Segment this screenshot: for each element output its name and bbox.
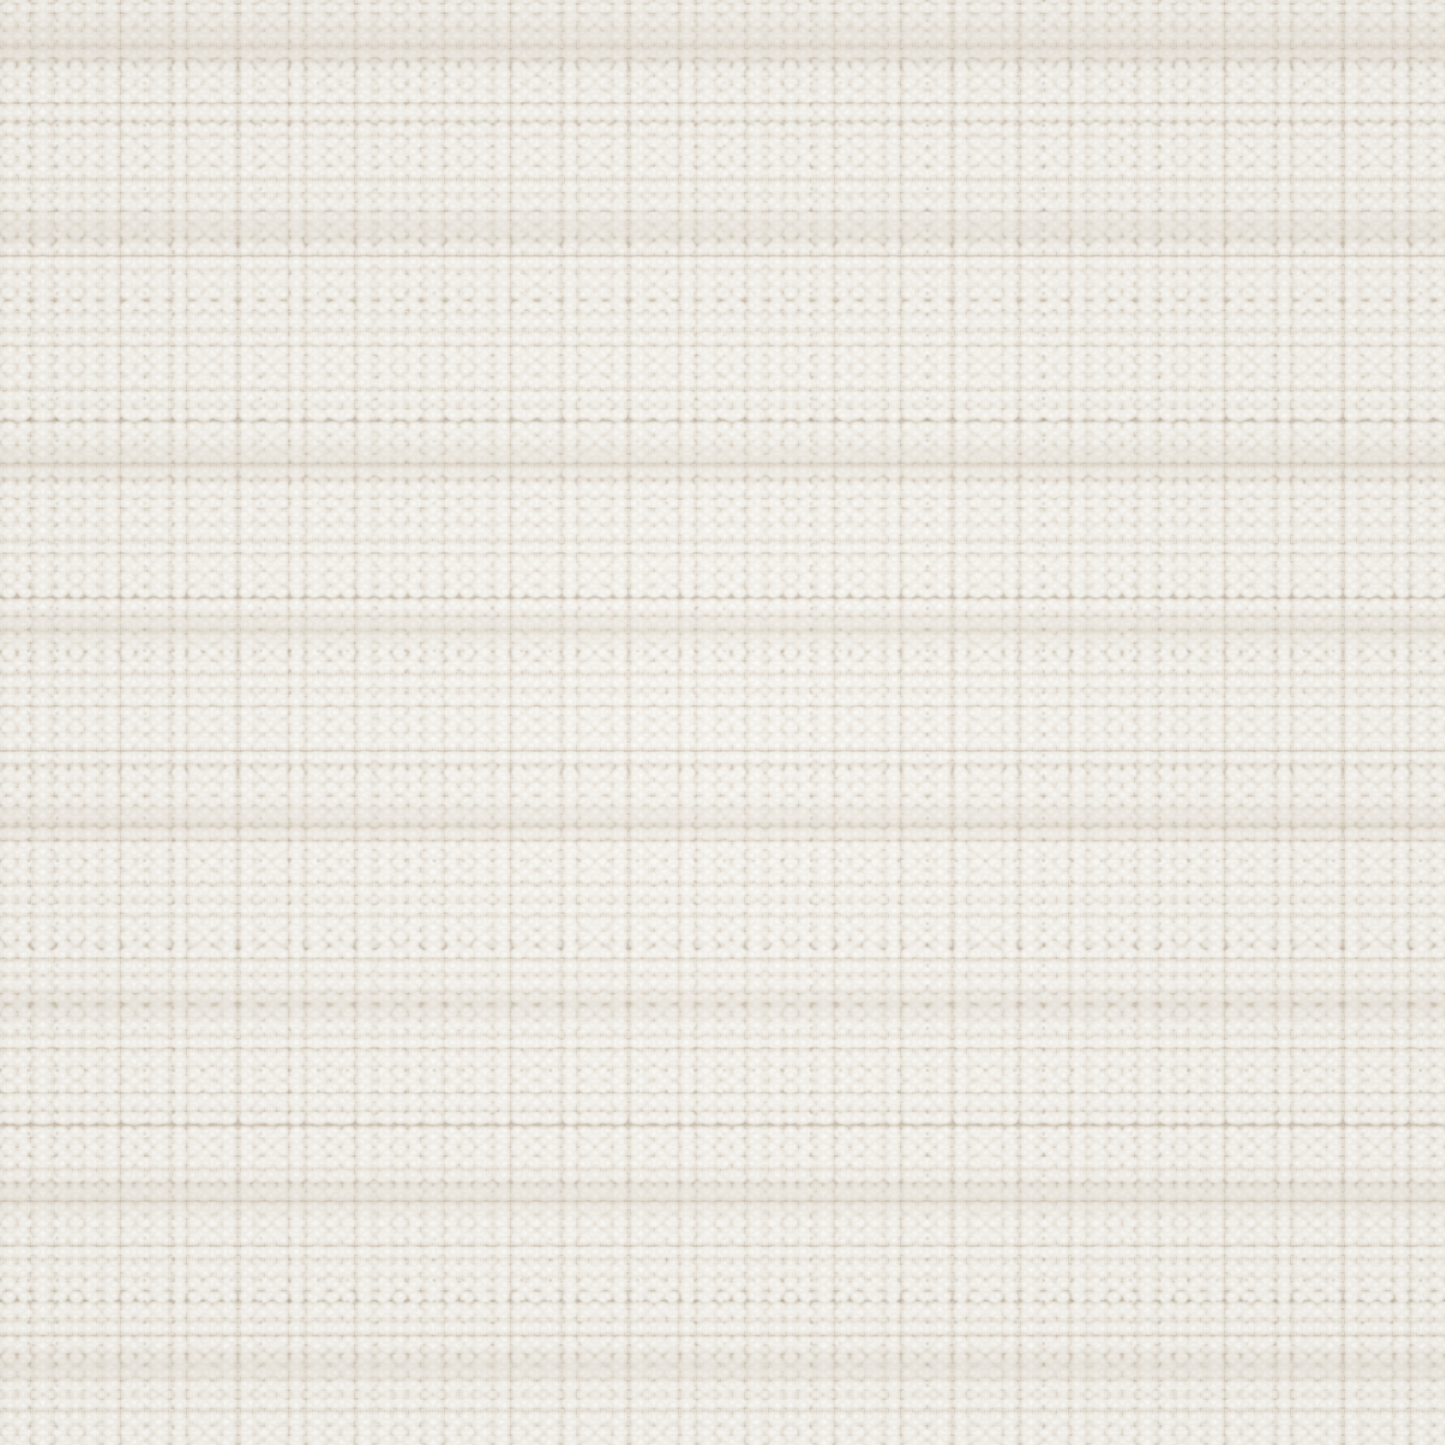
boucle-fabric-texture [0, 0, 1445, 1445]
lighting-overlay [0, 0, 1445, 1445]
